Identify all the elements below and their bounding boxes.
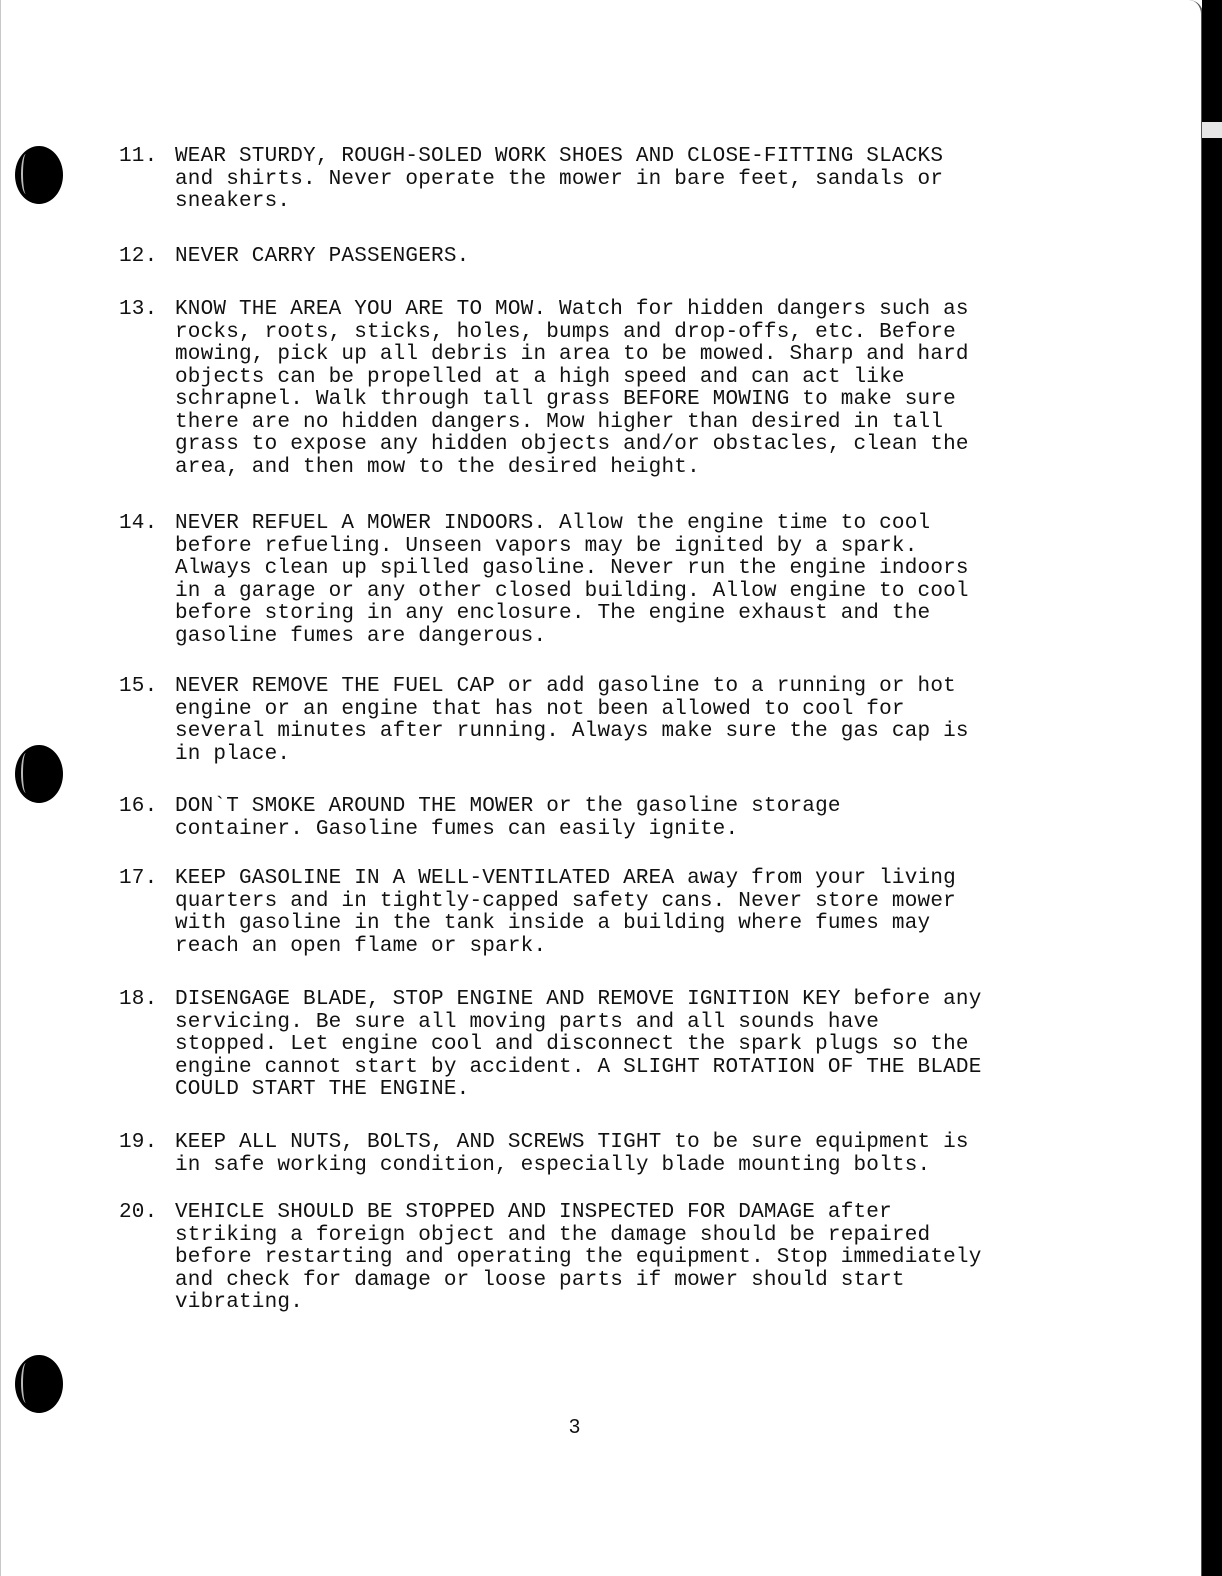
item-number: 15. xyxy=(119,676,175,766)
scan-artifact xyxy=(1202,122,1222,138)
page-number: 3 xyxy=(569,1416,580,1439)
item-text: KEEP ALL NUTS, BOLTS, AND SCREWS TIGHT t… xyxy=(175,1132,1099,1177)
item-text: WEAR STURDY, ROUGH-SOLED WORK SHOES AND … xyxy=(175,146,1099,214)
item-number: 20. xyxy=(119,1202,175,1315)
item-text: KEEP GASOLINE IN A WELL-VENTILATED AREA … xyxy=(175,868,1099,958)
punch-hole-icon xyxy=(15,146,63,204)
document-page: 11. WEAR STURDY, ROUGH-SOLED WORK SHOES … xyxy=(0,0,1203,1576)
item-text: VEHICLE SHOULD BE STOPPED AND INSPECTED … xyxy=(175,1202,1099,1315)
item-text: NEVER REMOVE THE FUEL CAP or add gasolin… xyxy=(175,676,1099,766)
punch-hole-icon xyxy=(15,1355,63,1413)
list-item: 15. NEVER REMOVE THE FUEL CAP or add gas… xyxy=(119,676,1099,766)
item-number: 14. xyxy=(119,513,175,648)
list-item: 14. NEVER REFUEL A MOWER INDOORS. Allow … xyxy=(119,513,1099,648)
item-number: 12. xyxy=(119,246,175,269)
item-text: NEVER REFUEL A MOWER INDOORS. Allow the … xyxy=(175,513,1099,648)
item-text: DISENGAGE BLADE, STOP ENGINE AND REMOVE … xyxy=(175,989,1099,1102)
list-item: 16. DON`T SMOKE AROUND THE MOWER or the … xyxy=(119,796,1099,841)
item-number: 18. xyxy=(119,989,175,1102)
list-item: 18. DISENGAGE BLADE, STOP ENGINE AND REM… xyxy=(119,989,1099,1102)
list-item: 12. NEVER CARRY PASSENGERS. xyxy=(119,246,1099,269)
item-number: 11. xyxy=(119,146,175,214)
item-number: 19. xyxy=(119,1132,175,1177)
list-item: 13. KNOW THE AREA YOU ARE TO MOW. Watch … xyxy=(119,299,1099,479)
item-text: DON`T SMOKE AROUND THE MOWER or the gaso… xyxy=(175,796,1099,841)
list-item: 19. KEEP ALL NUTS, BOLTS, AND SCREWS TIG… xyxy=(119,1132,1099,1177)
item-text: NEVER CARRY PASSENGERS. xyxy=(175,246,1099,269)
item-number: 17. xyxy=(119,868,175,958)
punch-hole-icon xyxy=(15,745,63,803)
list-item: 20. VEHICLE SHOULD BE STOPPED AND INSPEC… xyxy=(119,1202,1099,1315)
item-number: 13. xyxy=(119,299,175,479)
list-item: 17. KEEP GASOLINE IN A WELL-VENTILATED A… xyxy=(119,868,1099,958)
list-item: 11. WEAR STURDY, ROUGH-SOLED WORK SHOES … xyxy=(119,146,1099,214)
scan-border xyxy=(1202,0,1222,1576)
item-text: KNOW THE AREA YOU ARE TO MOW. Watch for … xyxy=(175,299,1099,479)
item-number: 16. xyxy=(119,796,175,841)
